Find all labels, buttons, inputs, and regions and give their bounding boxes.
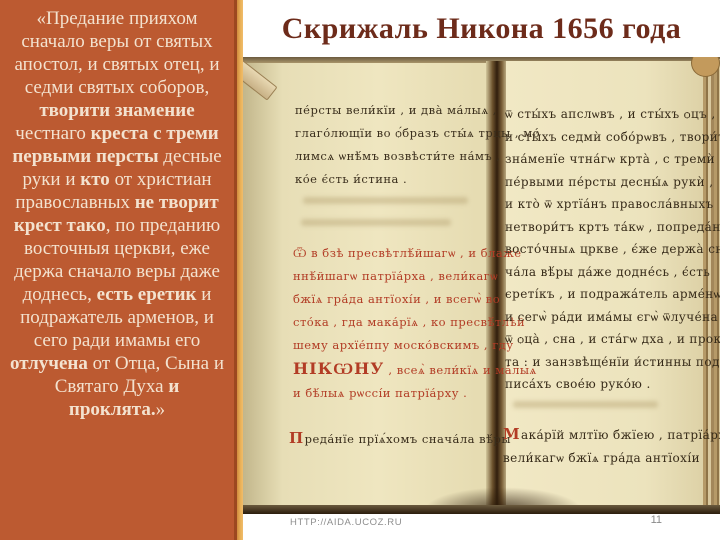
quote-text: «Предание прияхом сначало веры от святых… (8, 7, 226, 421)
manuscript-line: ѿ сты́хъ апслѡвъ , и сты́хъ ѻцъ , (505, 103, 710, 126)
manuscript-line: Ѿ в бзѣ пресвѣтлѣ́йшагѡ , и блаже (293, 242, 498, 265)
page-title: Скрижаль Никона 1656 года (282, 12, 682, 46)
bleed-through-line (301, 219, 451, 226)
slide-page-number: 11 (651, 514, 662, 526)
manuscript-line: сто́ка , гда мака́рїѧ , ко пресвѣ́тлѣй (293, 311, 498, 334)
bleed-through-line (513, 401, 658, 408)
quote-segment-bold: творити знамение (39, 100, 194, 121)
manuscript-line: Мака́рїй млтїю бжїею , патрїа́рхъ (503, 423, 708, 447)
manuscript-line: и бѣ́лыѧ рѡссі́и патрїа́рху . (293, 382, 498, 405)
quote-segment-bold: есть еретик (97, 284, 197, 305)
manuscript-line: ко́е є́сть и́стина . (295, 168, 495, 191)
quote-segment: честнаго (15, 123, 90, 144)
quote-segment-bold: отлучена (10, 353, 88, 374)
manuscript-line: и сегѡ̀ ра́ди има́мы єгѡ̀ ѿлуче́на (505, 306, 710, 329)
nikon-word: НІКѠНУ (293, 359, 384, 378)
left-page-black-text: пе́рсты вели́кїи , и два̀ ма́лыѧ , глаго… (295, 99, 495, 191)
manuscript-line: зна́менїе чтна́гѡ крта̀ , с тремѝ (505, 148, 710, 171)
manuscript-line: ннѣ́йшагѡ патрїа́рха , вели́кагѡ (293, 265, 498, 288)
quote-segment: » (156, 399, 166, 420)
quote-segment-bold: кто (80, 169, 110, 190)
book-photo: пе́рсты вели́кїи , и два̀ ма́лыѧ , глаго… (243, 57, 720, 514)
manuscript-line: ча́ла вѣ́ры да́же додне́сь , є́сть (505, 261, 710, 284)
manuscript-line: восто́чныѧ цркве , є́же держа̀ сна (505, 238, 710, 261)
manuscript-line: писа́хъ свое́ю руко́ю . (505, 373, 710, 396)
red-initial-letter: М (503, 425, 520, 443)
manuscript-line: шему архїе́ппу моско́вскимъ , гду (293, 334, 498, 357)
right-page-black-text: ѿ сты́хъ апслѡвъ , и сты́хъ ѻцъ , и сты́… (505, 103, 710, 396)
manuscript-line: та : и занзвѣще́нїи и́стинны под (505, 351, 710, 374)
presentation-slide: «Предание прияхом сначало веры от святых… (0, 0, 720, 540)
right-page-colophon: Мака́рїй млтїю бжїею , патрїа́рхъ вели́к… (503, 423, 708, 469)
red-initial-letter: П (289, 429, 304, 447)
manuscript-line: єреті́къ , и подража́тель арме́нѡвъ . (505, 283, 710, 306)
title-bar: Скрижаль Никона 1656 года (243, 0, 720, 57)
manuscript-line: и кто̀ ѿ хртїа́нъ правосла́вныхъ (505, 193, 710, 216)
manuscript-line: ѿ ѻца̀ , сна , и ста́гѡ дха , и проклѧ́ (505, 328, 710, 351)
manuscript-line: пе́рвыми пе́рсты десны́ѧ рукѝ , (505, 171, 710, 194)
photo-bottom-edge (243, 505, 720, 514)
manuscript-line: бжїѧ гра́да антїохі́и , и всегѡ̀ во (293, 288, 498, 311)
manuscript-line-nikon: НІКѠНУ , всеѧ̀ вели́кїѧ и ма́лыѧ (293, 357, 498, 382)
bleed-through-line (303, 197, 468, 204)
manuscript-line: вели́кагѡ бжїѧ гра́да антїохі́и (503, 447, 708, 470)
manuscript-line: и сты́хъ седмѝ собо́рѡвъ , твори́ти (505, 126, 710, 149)
manuscript-line: глаго́лющїи во ѻ́бразъ сты́ѧ трцы , мо́ (295, 122, 495, 145)
quote-segment: «Предание прияхом сначало веры от святых… (15, 8, 220, 98)
manuscript-line: ака́рїй млтїю бжїею , патрїа́рхъ (521, 428, 720, 442)
manuscript-line: лимсѧ ѡнѣ́мъ возвѣсти́те на́мъ , (295, 145, 495, 168)
left-page-initial-line: Преда́нїе прїѧ́хомъ снача́ла вѣ́ры (289, 427, 499, 451)
manuscript-line: пе́рсты вели́кїи , и два̀ ма́лыѧ , (295, 99, 495, 122)
left-page-red-text: Ѿ в бзѣ пресвѣтлѣ́йшагѡ , и блаже ннѣ́йш… (293, 242, 498, 405)
manuscript-line: реда́нїе прїѧ́хомъ снача́ла вѣ́ры (305, 432, 511, 446)
footer-url: HTTP://AIDA.UCOZ.RU (290, 517, 402, 528)
manuscript-line: нетвори́тъ кртъ та́кѡ , попреда́нїи (505, 216, 710, 239)
sidebar-quote-panel: «Предание прияхом сначало веры от святых… (0, 0, 234, 540)
